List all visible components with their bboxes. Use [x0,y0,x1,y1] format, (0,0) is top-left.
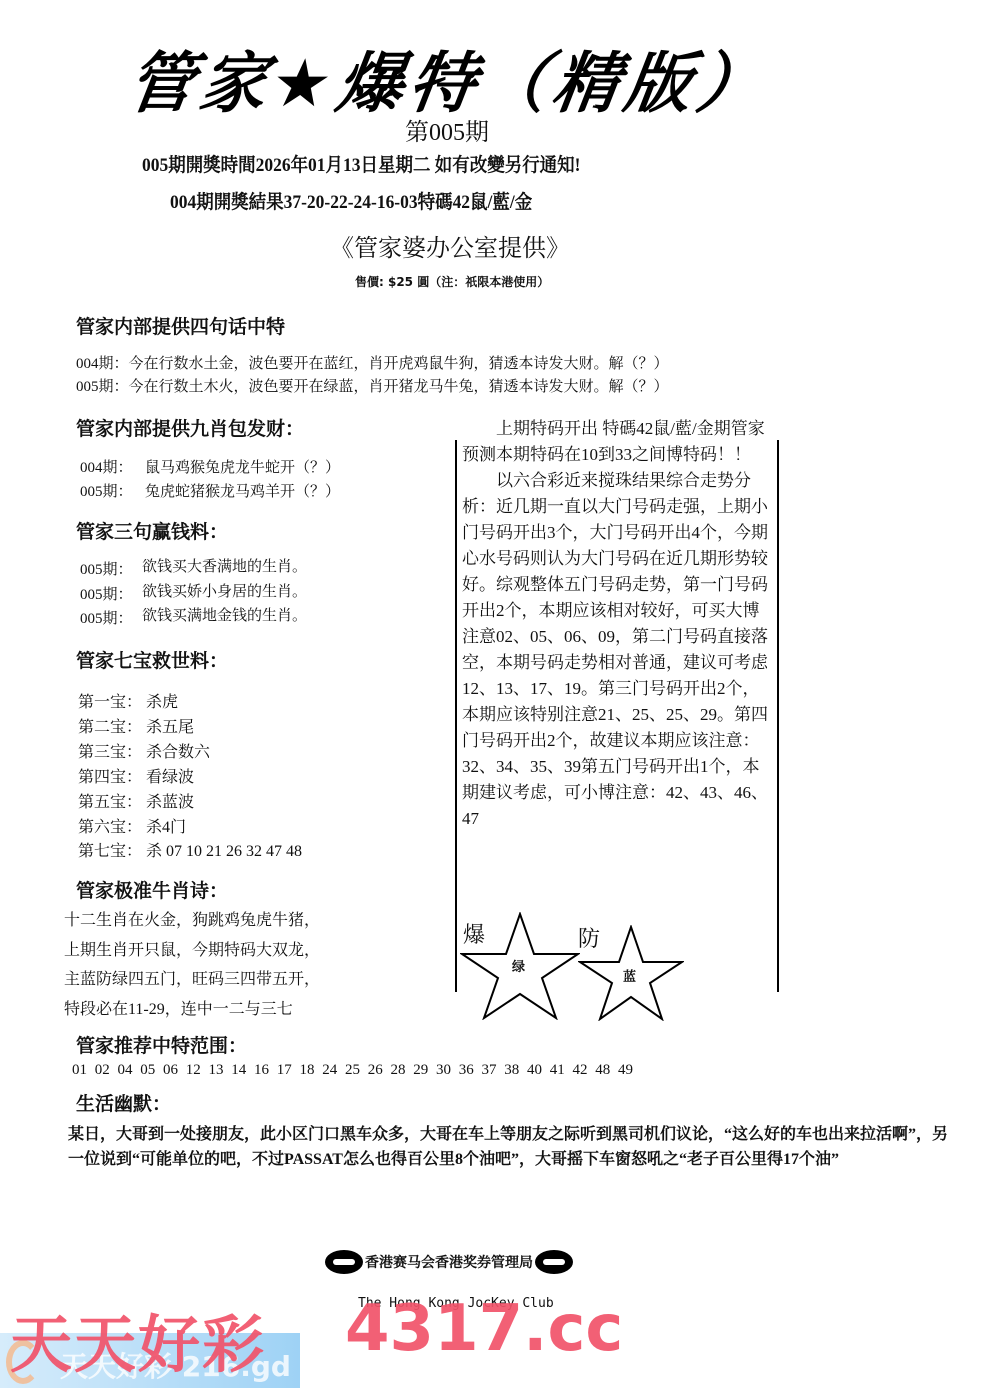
three-phrases-text: 欲钱买娇小身居的生肖。 [142,580,307,601]
treasure-text: 杀五尾 [146,714,194,737]
provider-line: 《管家婆办公室提供》 [330,228,570,263]
seven-treasures-heading: 管家七宝救世料： [76,646,228,673]
treasure-text: 杀合数六 [146,739,210,762]
draw-time-notice: 005期開獎時間2026年01月13日星期二 如有改變另行通知! [142,150,580,177]
price-line: 售價: $25 圓（注：祇限本港使用） [355,273,549,290]
analysis-para-2: 以六合彩近来搅珠结果综合走势分析：近几期一直以大门号码走强，上期小门号码开出3个… [462,468,774,832]
document-title: 管家★爆特（精版） [124,30,835,110]
treasure-label: 第四宝： [78,764,142,787]
three-phrases-period: 005期： [80,607,133,628]
nine-zodiac-text: 鼠马鸡猴兔虎龙牛蛇开（？） [145,456,340,477]
range-numbers: 01 02 04 05 06 12 13 14 16 17 18 24 25 2… [72,1062,633,1079]
three-phrases-period: 005期： [80,583,133,604]
nine-zodiac-heading: 管家内部提供九肖包发财： [76,414,304,441]
treasure-label: 第五宝： [78,789,142,812]
treasure-label: 第六宝： [78,814,142,837]
nine-zodiac-text: 兔虎蛇猪猴龙马鸡羊开（？） [145,480,340,501]
watermark-brand-cn: 天天好彩 [10,1295,266,1384]
four-lines-row: 005期：今在行数土木火，波色要开在绿蓝，肖开猪龙马牛兔，猜透本诗发大财。解（？… [76,375,669,396]
star2-label: 蓝 [623,966,636,985]
poem-line: 特段必在11-29，连中一二与三七 [64,996,293,1019]
three-phrases-text: 欲钱买大香满地的生肖。 [142,555,307,576]
treasure-label: 第二宝： [78,714,142,737]
poem-heading: 管家极准牛肖诗： [76,876,228,903]
humor-heading: 生活幽默： [76,1089,171,1116]
analysis-text: 上期特码开出 特碼42鼠/藍/金期管家预测本期特码在10到33之间博特码！！ 以… [462,416,774,832]
three-phrases-heading: 管家三句赢钱料： [76,517,228,544]
issue-number: 第005期 [405,112,489,147]
poem-line: 主蓝防绿四五门，旺码三四带五开， [64,966,320,989]
nine-zodiac-period: 004期： [80,456,133,477]
treasure-text: 杀蓝波 [146,789,194,812]
nine-zodiac-period: 005期： [80,480,133,501]
poem-line: 十二生肖在火金，狗跳鸡兔虎牛猪， [64,907,320,930]
range-heading: 管家推荐中特范围： [76,1031,247,1058]
treasure-text: 杀 07 10 21 26 32 47 48 [146,838,302,861]
star1-label: 绿 [512,956,525,975]
four-lines-heading: 管家内部提供四句话中特 [76,312,285,339]
three-phrases-period: 005期： [80,558,133,579]
jockey-club-logo-icon [535,1250,573,1274]
last-draw-result: 004期開獎結果37-20-22-24-16-03特碼42鼠/藍/金 [170,187,532,214]
analysis-para-1: 上期特码开出 特碼42鼠/藍/金期管家预测本期特码在10到33之间博特码！！ [462,416,774,468]
humor-text: 某日，大哥到一处接朋友，此小区门口黑车众多，大哥在车上等朋友之际听到黑司机们议论… [68,1122,948,1172]
four-lines-row: 004期：今在行数水土金，波色要开在蓝红，肖开虎鸡鼠牛狗，猜透本诗发大财。解（？… [76,352,669,373]
jockey-club-logo-icon [325,1250,363,1274]
org-name-cn: 香港赛马会香港奖券管理局 [365,1252,533,1272]
treasure-text: 杀虎 [146,689,178,712]
three-phrases-text: 欲钱买满地金钱的生肖。 [142,604,307,625]
footer-org: 香港赛马会香港奖券管理局 [325,1250,573,1274]
treasure-label: 第七宝： [78,838,142,861]
treasure-label: 第三宝： [78,739,142,762]
treasure-text: 看绿波 [146,764,194,787]
treasure-text: 杀4门 [146,814,186,837]
treasure-label: 第一宝： [78,689,142,712]
watermark-domain: 4317.cc [345,1292,623,1366]
poem-line: 上期生肖开只鼠，今期特码大双龙， [64,937,320,960]
